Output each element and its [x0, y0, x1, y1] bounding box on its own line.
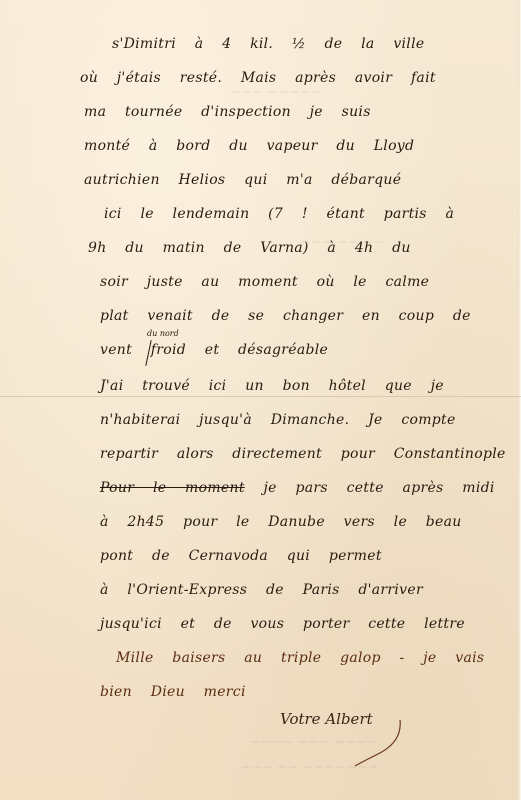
letter-line: bien Dieu merci	[100, 684, 246, 700]
letter-line: repartir alors directement pour Constant…	[100, 446, 506, 462]
letter-line: où j'étais resté. Mais après avoir fait	[80, 70, 436, 86]
letter-line: monté à bord du vapeur du Lloyd	[84, 138, 414, 154]
letter-line: ma tournée d'inspection je suis	[84, 104, 371, 120]
letter-line: autrichien Helios qui m'a débarqué	[84, 172, 401, 188]
letter-line: Mille baisers au triple galop - je vais	[116, 650, 484, 666]
letter-line: soir juste au moment où le calme	[100, 274, 429, 290]
line-rest: je pars cette après midi	[264, 480, 495, 496]
letter-line: n'habiterai jusqu'à Dimanche. Je compte	[100, 412, 456, 428]
letter-line: ici le lendemain (7 ! étant partis à	[104, 206, 454, 222]
struck-text: Pour le moment	[100, 480, 245, 496]
fold-crease	[0, 396, 521, 397]
letter-line: jusqu'ici et de vous porter cette lettre	[100, 616, 465, 632]
letter-line: J'ai trouvé ici un bon hôtel que je	[100, 378, 444, 394]
letter-line: plat venait de se changer en coup de	[100, 308, 471, 324]
interlinear-insertion: du nord	[147, 329, 179, 338]
letter-line: à l'Orient-Express de Paris d'arriver	[100, 582, 423, 598]
letter-line: à 2h45 pour le Danube vers le beau	[100, 514, 462, 530]
letter-line: pont de Cernavoda qui permet	[100, 548, 382, 564]
letter-page: ~~~ ~~~~~ ~~~ ~~ ~~ ~~~~ ~~~ ~~~~ ~~~ ~~…	[0, 0, 521, 800]
bleed-through: ~~~ ~~~~~	[230, 85, 321, 100]
signature-flourish	[350, 718, 410, 768]
letter-line: 9h du matin de Varna) à 4h du	[88, 240, 411, 256]
letter-line: Pour le moment je pars cette après midi	[100, 480, 495, 496]
letter-line: s'Dimitri à 4 kil. ½ de la ville	[112, 36, 424, 52]
letter-line: vent froid et désagréable	[100, 342, 328, 358]
